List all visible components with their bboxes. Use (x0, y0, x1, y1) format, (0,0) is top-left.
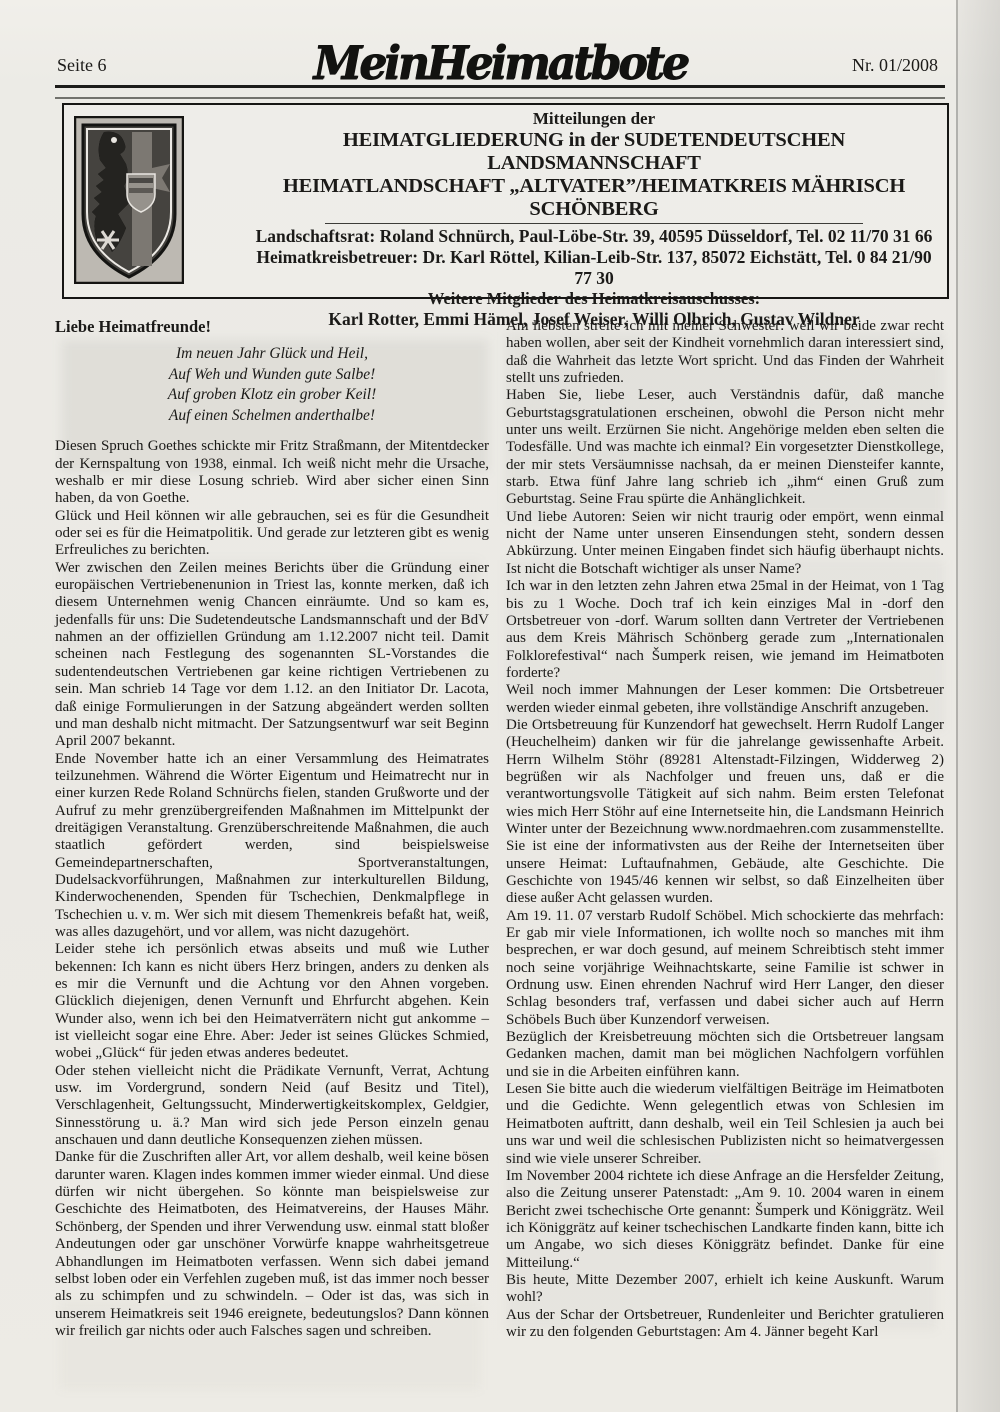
poem-line: Im neuen Jahr Glück und Heil, (55, 344, 489, 365)
poem: Im neuen Jahr Glück und Heil, Auf Weh un… (55, 344, 489, 426)
announcement-box: Mitteilungen der HEIMATGLIEDERUNG in der… (62, 103, 949, 299)
paragraph: Bis heute, Mitte Dezember 2007, erhielt … (506, 1272, 944, 1307)
header-rule (55, 85, 945, 99)
paragraph: Lesen Sie bitte auch die wiederum vielfä… (506, 1081, 944, 1168)
paragraph: Bezüglich der Kreisbetreuung möchten sic… (506, 1029, 944, 1081)
members-label: Weitere Mitglieder des Heimatkreisauschu… (428, 289, 760, 309)
masthead-title: MeinHeimatbote (0, 37, 1000, 90)
paragraph: Danke für die Zuschriften aller Art, vor… (55, 1149, 489, 1340)
paragraph: Aus der Schar der Ortsbetreuer, Rundenle… (506, 1307, 944, 1342)
issue-number: Nr. 01/2008 (852, 55, 938, 76)
announcement-text: Mitteilungen der HEIMATGLIEDERUNG in der… (249, 109, 939, 295)
left-column: Liebe Heimatfreunde! Im neuen Jahr Glück… (55, 318, 489, 1340)
scanned-newsletter-page: Seite 6 MeinHeimatbote Nr. 01/2008 (0, 0, 1000, 1412)
announcement-title-line2: HEIMATLANDSCHAFT „ALTVATER”/HEIMATKREIS … (249, 175, 939, 221)
coat-of-arms-image (74, 116, 184, 284)
paragraph: Die Ortsbetreuung für Kunzendorf hat gew… (506, 717, 944, 908)
paragraph: Weil noch immer Mahnungen der Leser komm… (506, 682, 944, 717)
poem-line: Auf groben Klotz ein grober Keil! (55, 385, 489, 406)
poem-line: Auf Weh und Wunden gute Salbe! (55, 365, 489, 386)
paragraph: Ich war in den letzten zehn Jahren etwa … (506, 578, 944, 682)
announcement-title-line1: HEIMATGLIEDERUNG in der SUDETENDEUTSCHEN… (249, 129, 939, 175)
scan-edge-shadow (958, 0, 1000, 1412)
paragraph: Am 19. 11. 07 verstarb Rudolf Schöbel. M… (506, 908, 944, 1029)
paragraph: Glück und Heil können wir alle gebrauche… (55, 508, 489, 560)
contact-heimatkreisbetreuer: Heimatkreisbetreuer: Dr. Karl Röttel, Ki… (249, 247, 939, 289)
paragraph: Und liebe Autoren: Seien wir nicht traur… (506, 509, 944, 578)
paragraph: Diesen Spruch Goethes schickte mir Fritz… (55, 438, 489, 507)
contact-landschaftsrat: Landschaftsrat: Roland Schnürch, Paul-Lö… (256, 226, 933, 247)
poem-line: Auf einen Schelmen anderthalbe! (55, 406, 489, 427)
paragraph: Wer zwischen den Zeilen meines Berichts … (55, 560, 489, 751)
paragraph: Oder stehen vielleicht nicht die Prädika… (55, 1063, 489, 1150)
paragraph: Am liebsten streite ich mit meiner Schwe… (506, 318, 944, 387)
paragraph: Im November 2004 richtete ich diese Anfr… (506, 1168, 944, 1272)
paragraph: Ende November hatte ich an einer Versamm… (55, 751, 489, 942)
paragraph: Leider stehe ich persönlich etwas abseit… (55, 941, 489, 1062)
announcement-divider (325, 223, 863, 224)
announcement-subtitle: Mitteilungen der (533, 109, 655, 129)
paragraph: Haben Sie, liebe Leser, auch Verständnis… (506, 387, 944, 508)
right-column: Am liebsten streite ich mit meiner Schwe… (506, 318, 944, 1341)
salutation: Liebe Heimatfreunde! (55, 318, 489, 335)
coat-of-arms-icon (74, 116, 184, 284)
